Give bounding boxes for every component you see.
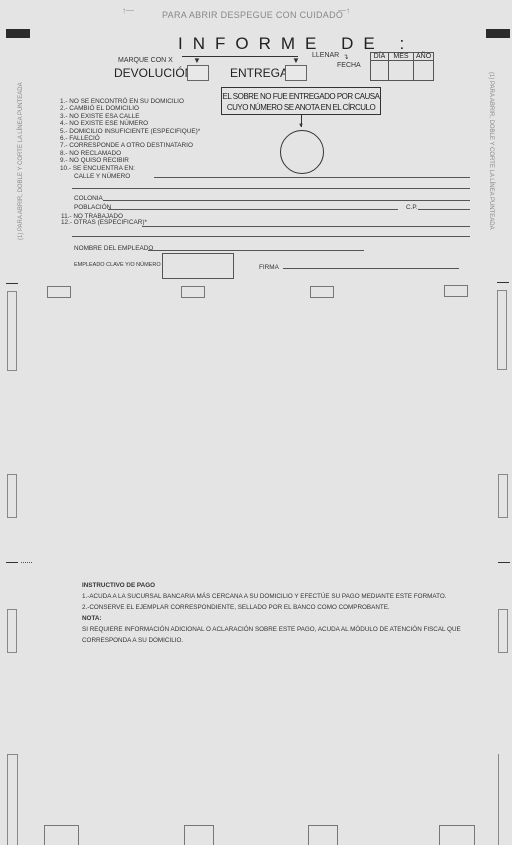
cause-item: 9.- NO QUISO RECIBIR [60, 157, 200, 164]
arrow-down-icon: ▼ [298, 123, 304, 129]
perforation-slot [444, 285, 468, 297]
other-specify-field[interactable] [142, 226, 470, 227]
date-month-field[interactable] [389, 61, 414, 81]
side-slot [497, 290, 507, 370]
fold-mark [6, 562, 18, 563]
fold-mark [6, 283, 18, 284]
employee-key-field[interactable] [162, 253, 234, 279]
perforation-slot [181, 286, 205, 298]
cause-box-line1: EL SOBRE NO FUE ENTREGADO POR CAUSA [222, 91, 380, 102]
fold-mark [498, 562, 510, 563]
note-line-1: SI REQUIERE INFORMACIÓN ADICIONAL O ACLA… [82, 624, 461, 635]
fold-mark [497, 282, 509, 283]
date-day-field[interactable] [371, 61, 389, 81]
cause-item: 10.- SE ENCUENTRA EN: [60, 165, 200, 172]
devolucion-checkbox[interactable] [187, 65, 209, 81]
page-title: INFORME DE : [178, 34, 414, 54]
side-slot [7, 291, 17, 371]
bottom-slot [44, 825, 79, 845]
bottom-slot [184, 825, 214, 845]
cause-list: 1.- NO SE ENCONTRÓ EN SU DOMICILIO 2.- C… [60, 98, 200, 172]
instructions-step-2: 2.-CONSERVE EL EJEMPLAR CORRESPONDIENTE,… [82, 602, 461, 613]
cause-item: 5.- DOMICILIO INSUFICIENTE (ESPECIFIQUE)… [60, 128, 200, 135]
signature-field[interactable] [283, 268, 459, 269]
street-field[interactable] [154, 177, 470, 178]
perforation-slot [310, 286, 334, 298]
bottom-slot [439, 825, 475, 845]
payment-instructions: INSTRUCTIVO DE PAGO 1.-ACUDA A LA SUCURS… [82, 580, 461, 646]
corner-arrow-icon: ↑⎯⎯ [122, 6, 134, 16]
cause-item: 6.- FALLECIÓ [60, 135, 200, 142]
side-slot [7, 754, 18, 845]
poblacion-label: POBLACIÓN [74, 204, 111, 211]
bottom-slot [308, 825, 338, 845]
instructions-title: INSTRUCTIVO DE PAGO [82, 580, 461, 591]
cp-label: C.P. [406, 204, 418, 211]
entrega-checkbox[interactable] [285, 65, 307, 81]
note-title: NOTA: [82, 613, 461, 624]
arrow-down-icon: ▼ [292, 56, 300, 65]
side-slot [7, 474, 17, 518]
employee-key-label: EMPLEADO CLAVE Y/O NÚMERO [74, 262, 161, 268]
poblacion-field[interactable] [108, 209, 398, 210]
registration-mark-right [486, 29, 510, 38]
cause-instruction-box: EL SOBRE NO FUE ENTREGADO POR CAUSA CUYO… [221, 87, 381, 115]
side-slot [7, 609, 17, 653]
instructions-step-1: 1.-ACUDA A LA SUCURSAL BANCARIA MÁS CERC… [82, 591, 461, 602]
side-slot [498, 474, 508, 518]
side-text-right: (1) PARA ABRIR, DOBLE Y CORTE LA LÍNEA P… [488, 72, 494, 230]
date-year-field[interactable] [414, 61, 434, 81]
employee-name-field[interactable] [148, 250, 364, 251]
date-col-year: AÑO [414, 53, 434, 61]
cause-item: 8.- NO RECLAMADO [60, 150, 200, 157]
fill-label: LLENAR [312, 52, 339, 59]
perforation-slot [47, 286, 71, 298]
side-text-left: (1) PARA ABRIR, DOBLE Y CORTE LA LÍNEA P… [18, 82, 24, 240]
street-field-line2[interactable] [72, 188, 470, 189]
cp-field[interactable] [418, 209, 470, 210]
mark-instruction: MARQUE CON X [118, 57, 173, 64]
open-instructions-note: PARA ABRIR DESPEGUE CON CUIDADO [162, 10, 343, 20]
side-slot [498, 609, 508, 653]
fold-mark-dotted [21, 562, 32, 564]
cause-number-circle[interactable] [280, 130, 324, 174]
corner-arrow-icon: ⎯⎯↑ [338, 6, 350, 16]
note-line-2: CORRESPONDA A SU DOMICILIO. [82, 635, 461, 646]
option-entrega-label: ENTREGA [230, 66, 288, 80]
colonia-label: COLONIA [74, 195, 103, 202]
date-col-month: MES [389, 53, 414, 61]
date-table: DÍA MES AÑO [370, 52, 434, 81]
arrow-down-icon: ▼ [193, 56, 201, 65]
cause-item: 2.- CAMBIÓ EL DOMICILIO [60, 105, 200, 112]
option-devolucion-label: DEVOLUCIÓN [114, 66, 193, 80]
date-col-day: DÍA [371, 53, 389, 61]
employee-name-label: NOMBRE DEL EMPLEADO [74, 245, 153, 252]
cause-box-line2: CUYO NÚMERO SE ANOTA EN EL CÍRCULO [222, 102, 380, 113]
registration-mark-left [6, 29, 30, 38]
arrow-right-down-icon: ↴ [343, 53, 349, 61]
cause-item: 7.- CORRESPONDE A OTRO DESTINATARIO [60, 142, 200, 149]
extra-cause-12: 12.- OTRAS (ESPECIFICAR)* [61, 220, 147, 227]
side-slot-edge [498, 754, 499, 845]
other-specify-field-line2[interactable] [72, 236, 470, 237]
street-label: CALLE Y NÚMERO [74, 173, 130, 180]
signature-label: FIRMA [259, 264, 279, 271]
date-label: FECHA [337, 62, 361, 69]
cause-item: 4.- NO EXISTE ESE NÚMERO [60, 120, 200, 127]
colonia-field[interactable] [103, 200, 470, 201]
